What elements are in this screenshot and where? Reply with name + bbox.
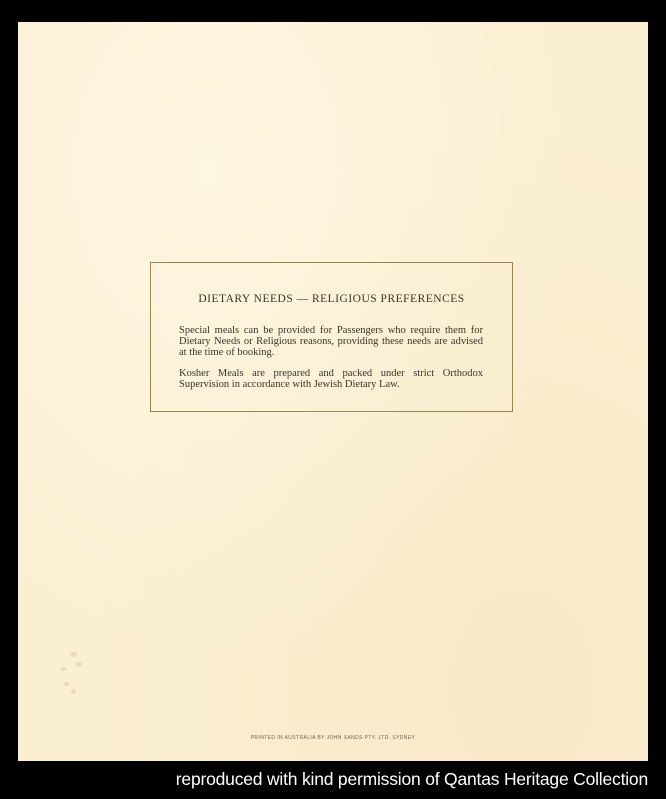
permission-credit: reproduced with kind permission of Qanta… — [176, 769, 648, 790]
notice-title: DIETARY NEEDS — RELIGIOUS PREFERENCES — [151, 293, 512, 305]
paper-stain — [71, 689, 76, 694]
notice-paragraph-special-meals: Special meals can be provided for Passen… — [179, 326, 483, 358]
paper-stain — [64, 682, 69, 686]
paper-stain — [76, 662, 82, 667]
paper-stain — [61, 667, 66, 671]
printer-imprint: PRINTED IN AUSTRALIA BY JOHN SANDS PTY. … — [18, 735, 648, 741]
dietary-notice-box: DIETARY NEEDS — RELIGIOUS PREFERENCES Sp… — [150, 262, 513, 412]
menu-page: DIETARY NEEDS — RELIGIOUS PREFERENCES Sp… — [18, 22, 648, 761]
paper-stain — [70, 652, 77, 657]
notice-paragraph-kosher-meals: Kosher Meals are prepared and packed und… — [179, 369, 483, 391]
